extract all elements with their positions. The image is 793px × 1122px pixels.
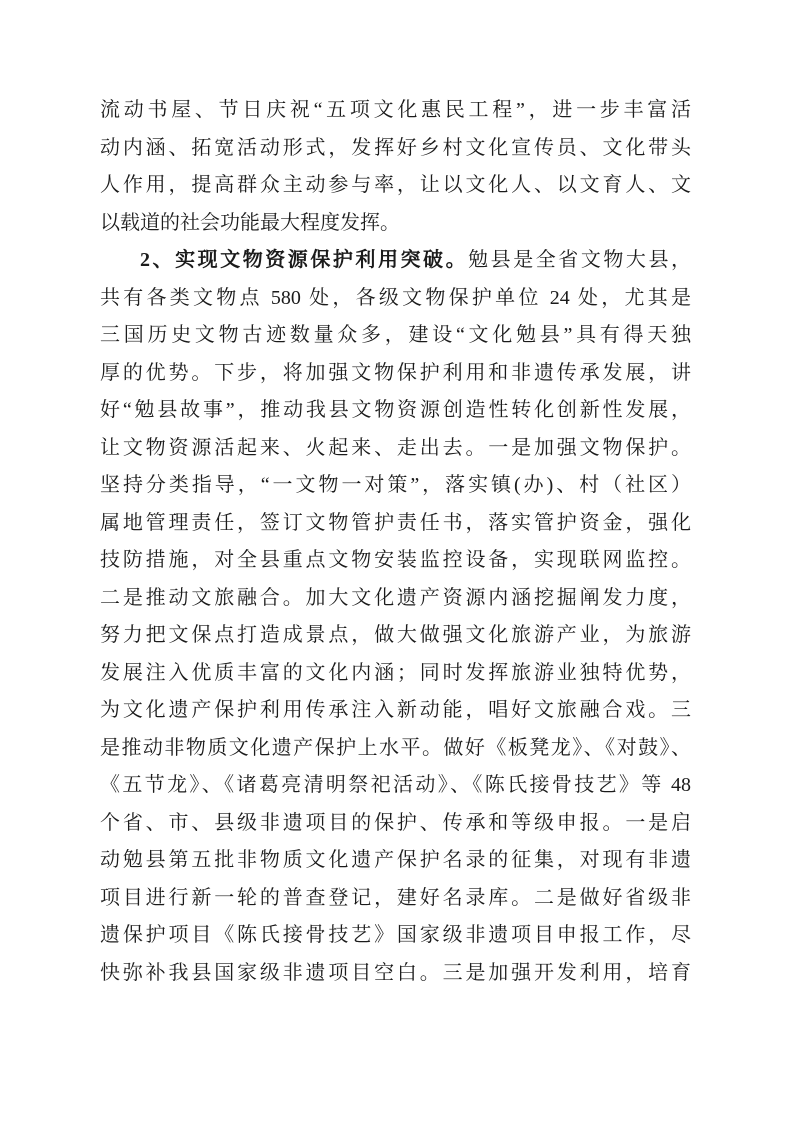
text-line: 动内涵、拓宽活动形式，发挥好乡村文化宣传员、文化带头 — [100, 130, 691, 168]
text-line: 二是推动文旅融合。加大文化遗产资源内涵挖掘阐发力度， — [100, 580, 691, 618]
text-segment: 三国历史文物古迹数量众多，建设“文化勉县”具有得天独 — [100, 324, 691, 346]
text-segment: 动内涵、拓宽活动形式，发挥好乡村文化宣传员、文化带头 — [100, 137, 691, 159]
text-segment: 发展注入优质丰富的文化内涵；同时发挥旅游业独特优势， — [100, 662, 691, 684]
text-line: 三国历史文物古迹数量众多，建设“文化勉县”具有得天独 — [100, 317, 691, 355]
text-segment: 项目进行新一轮的普查登记，建好名录库。二是做好省级非 — [100, 887, 691, 909]
text-line: 让文物资源活起来、火起来、走出去。一是加强文物保护。 — [100, 430, 691, 468]
text-segment: 厚的优势。下步，将加强文物保护利用和非遗传承发展，讲 — [100, 362, 691, 384]
text-segment: 属地管理责任，签订文物管护责任书，落实管护资金，强化 — [100, 512, 691, 534]
document-page: 流动书屋、节日庆祝“五项文化惠民工程”，进一步丰富活动内涵、拓宽活动形式，发挥好… — [0, 0, 793, 1122]
text-line: 坚持分类指导，“一文物一对策”，落实镇(办)、村（社区） — [100, 467, 691, 505]
text-line: 共有各类文物点 580 处，各级文物保护单位 24 处，尤其是 — [100, 280, 691, 318]
text-segment: 人作用，提高群众主动参与率，让以文化人、以文育人、文 — [100, 174, 691, 196]
text-line: 个省、市、县级非遗项目的保护、传承和等级申报。一是启 — [100, 805, 691, 843]
text-segment: 技防措施，对全县重点文物安装监控设备，实现联网监控。 — [100, 549, 691, 571]
text-segment: 坚持分类指导，“一文物一对策”，落实镇(办)、村（社区） — [100, 474, 691, 496]
text-segment: 好“勉县故事”，推动我县文物资源创造性转化创新性发展， — [100, 399, 691, 421]
text-segment: 努力把文保点打造成景点，做大做强文化旅游产业，为旅游 — [100, 624, 691, 646]
text-line: 属地管理责任，签订文物管护责任书，落实管护资金，强化 — [100, 505, 691, 543]
text-line: 遗保护项目《陈氏接骨技艺》国家级非遗项目申报工作，尽 — [100, 917, 691, 955]
text-block: 流动书屋、节日庆祝“五项文化惠民工程”，进一步丰富活动内涵、拓宽活动形式，发挥好… — [100, 92, 691, 992]
text-line: 厚的优势。下步，将加强文物保护利用和非遗传承发展，讲 — [100, 355, 691, 393]
text-segment: 让文物资源活起来、火起来、走出去。一是加强文物保护。 — [100, 437, 691, 459]
text-line: 流动书屋、节日庆祝“五项文化惠民工程”，进一步丰富活 — [100, 92, 691, 130]
text-line: 《五节龙》、《诸葛亮清明祭祀活动》、《陈氏接骨技艺》等 48 — [100, 767, 691, 805]
text-segment: 个省、市、县级非遗项目的保护、传承和等级申报。一是启 — [100, 812, 691, 834]
text-line: 快弥补我县国家级非遗项目空白。三是加强开发利用，培育 — [100, 955, 691, 993]
bold-text-segment: 2、实现文物资源保护利用突破。 — [140, 249, 468, 271]
text-segment: 是推动非物质文化遗产保护上水平。做好《板凳龙》、《对鼓》、 — [100, 737, 691, 759]
text-line: 以载道的社会功能最大程度发挥。 — [100, 205, 691, 243]
text-line: 项目进行新一轮的普查登记，建好名录库。二是做好省级非 — [100, 880, 691, 918]
text-line: 好“勉县故事”，推动我县文物资源创造性转化创新性发展， — [100, 392, 691, 430]
text-segment: 遗保护项目《陈氏接骨技艺》国家级非遗项目申报工作，尽 — [100, 924, 691, 946]
text-segment: 共有各类文物点 580 处，各级文物保护单位 24 处，尤其是 — [100, 287, 691, 309]
text-segment: 快弥补我县国家级非遗项目空白。三是加强开发利用，培育 — [100, 962, 691, 984]
text-line: 是推动非物质文化遗产保护上水平。做好《板凳龙》、《对鼓》、 — [100, 730, 691, 768]
text-segment: 二是推动文旅融合。加大文化遗产资源内涵挖掘阐发力度， — [100, 587, 691, 609]
text-line: 为文化遗产保护利用传承注入新动能，唱好文旅融合戏。三 — [100, 692, 691, 730]
text-line: 2、实现文物资源保护利用突破。勉县是全省文物大县， — [100, 242, 691, 280]
text-line: 动勉县第五批非物质文化遗产保护名录的征集，对现有非遗 — [100, 842, 691, 880]
text-segment: 以载道的社会功能最大程度发挥。 — [100, 212, 400, 234]
text-segment: 为文化遗产保护利用传承注入新动能，唱好文旅融合戏。三 — [100, 699, 691, 721]
text-segment: 《五节龙》、《诸葛亮清明祭祀活动》、《陈氏接骨技艺》等 48 — [100, 774, 691, 796]
text-segment: 勉县是全省文物大县， — [468, 249, 691, 271]
text-segment: 动勉县第五批非物质文化遗产保护名录的征集，对现有非遗 — [100, 849, 691, 871]
text-line: 发展注入优质丰富的文化内涵；同时发挥旅游业独特优势， — [100, 655, 691, 693]
text-line: 努力把文保点打造成景点，做大做强文化旅游产业，为旅游 — [100, 617, 691, 655]
text-line: 人作用，提高群众主动参与率，让以文化人、以文育人、文 — [100, 167, 691, 205]
text-line: 技防措施，对全县重点文物安装监控设备，实现联网监控。 — [100, 542, 691, 580]
text-segment: 流动书屋、节日庆祝“五项文化惠民工程”，进一步丰富活 — [100, 99, 691, 121]
